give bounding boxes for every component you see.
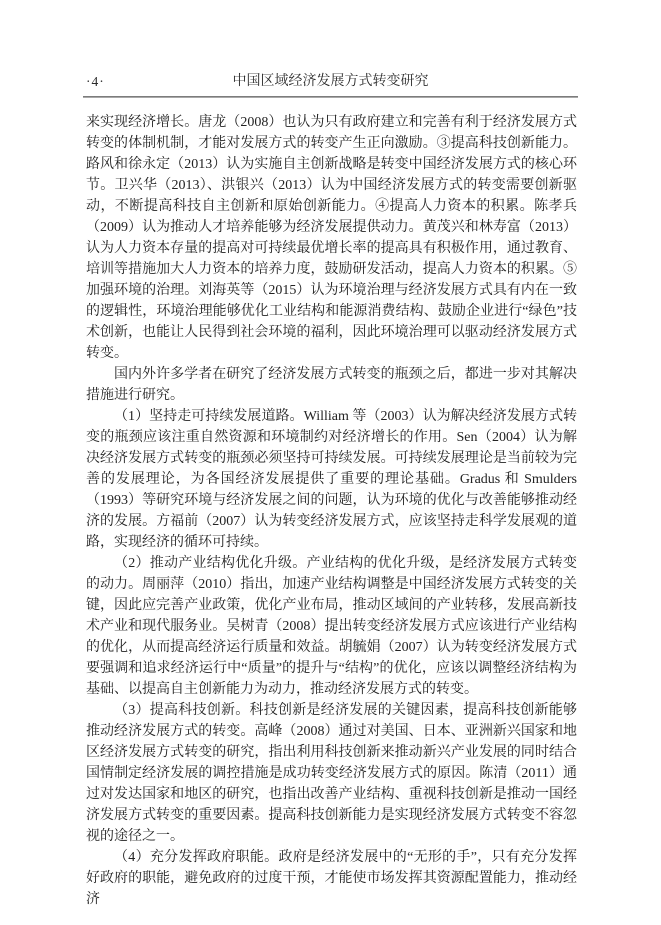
page-body: 来实现经济增长。唐龙（2008）也认为只有政府建立和完善有利于经济发展方式转变的… [86, 112, 577, 910]
paragraph-point-1: （1）坚持走可持续发展道路。William 等（2003）认为解决经济发展方式转… [86, 406, 577, 553]
paragraph-point-2: （2）推动产业结构优化升级。产业结构的优化升级，是经济发展方式转变的动力。周丽萍… [86, 553, 577, 700]
page-header: ·4· 中国区域经济发展方式转变研究 [84, 74, 577, 89]
paragraph-point-4: （4）充分发挥政府职能。政府是经济发展中的“无形的手”，只有充分发挥好政府的职能… [86, 847, 577, 910]
book-page: ·4· 中国区域经济发展方式转变研究 来实现经济增长。唐龙（2008）也认为只有… [0, 0, 661, 925]
header-divider [83, 96, 578, 98]
paragraph-point-3: （3）提高科技创新。科技创新是经济发展的关键因素，提高科技创新能够推动经济发展方… [86, 700, 577, 847]
paragraph-continuation: 来实现经济增长。唐龙（2008）也认为只有政府建立和完善有利于经济发展方式转变的… [86, 112, 577, 364]
paragraph-intro: 国内外许多学者在研究了经济发展方式转变的瓶颈之后，都进一步对其解决措施进行研究。 [86, 364, 577, 406]
running-title: 中国区域经济发展方式转变研究 [84, 74, 577, 89]
